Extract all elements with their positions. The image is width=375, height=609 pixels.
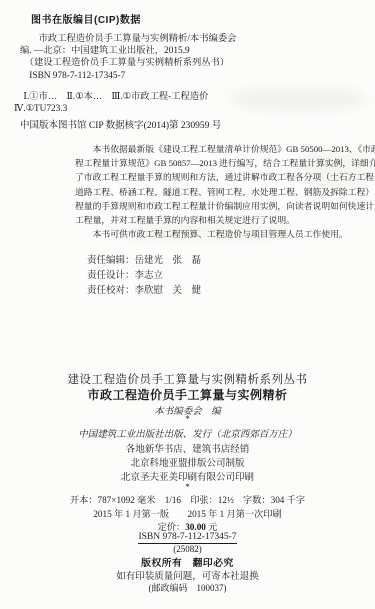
cip-classification-line: Ⅰ.①市… Ⅱ.①本… Ⅲ.①市政工程-工程造价 [14,92,208,104]
cip-header: 图书在版编目(CIP)数据 [31,11,141,26]
isbn-line: ISBN 978-7-112-17345-7 [0,532,375,544]
scan-artifact [228,88,368,110]
abstract-line: 本书可供市政工程工程预算、工程造价与项目管理人员工作使用。 [75,227,375,241]
staff-credits: 责任编辑：岳建光 张 磊 责任设计：李志立 责任校对：李欣慰 关 健 [87,254,201,299]
section-divider: * [0,414,375,424]
return-notice: 如有印装质量问题，可寄本社退换 [0,568,375,582]
responsible-editor-line: 责任编辑：岳建光 张 磊 [87,254,201,269]
publisher-line: 中国建筑工业出版社出版、发行（北京西郊百万庄） [0,426,375,440]
price-value: 30.00 [185,522,206,532]
cip-record-block: 市政工程造价员手工算量与实例精析/本书编委会 编. —北京：中国建筑工业出版社，… [20,33,236,82]
edition-line: 2015 年 1 月第一版 2015 年 1 月第一次印刷 [0,506,375,520]
cip-classification-block: Ⅰ.①市… Ⅱ.①本… Ⅲ.①市政工程-工程造价 Ⅳ.①TU723.3 [14,92,208,115]
abstract-line: 本书依据最新版《建设工程工程量清单计价规范》GB 50500—2013、《市政工 [75,142,375,156]
cip-record-line: ISBN 978-7-112-17345-7 [20,70,236,82]
abstract-line: 道路工程、桥涵工程、隧道工程、管网工程、水处理工程、钢筋及拆除工程）工 [75,185,375,199]
copyright-notice: 版权所有 翻印必究 [0,555,375,569]
abstract-line: 程量的手算规则和市政工程工程量计价编制应用实例，向读者说明如何快速计算 [75,199,375,213]
responsible-designer-line: 责任设计：李志立 [87,269,201,284]
printing-line: 北京圣夫亚美印刷有限公司印刷 [0,469,375,483]
book-title: 市政工程造价员手工算量与实例精析 [0,386,375,403]
series-title: 建设工程造价员手工算量与实例精析系列丛书 [0,371,375,387]
copyright-page: 图书在版编目(CIP)数据 市政工程造价员手工算量与实例精析/本书编委会 编. … [0,0,375,609]
responsible-proofreader-line: 责任校对：李欣慰 关 健 [87,284,201,299]
price-unit: 元 [206,522,217,532]
price-line: 定价：30.00 元 [0,519,375,533]
book-code: (25082) [0,544,375,554]
abstract-line: 工程量，并对工程量手算的内容和相关规定进行了说明。 [75,213,375,227]
book-abstract: 本书依据最新版《建设工程工程量清单计价规范》GB 50500—2013、《市政工… [75,142,375,241]
cip-record-line: 市政工程造价员手工算量与实例精析/本书编委会 [20,33,236,45]
cip-record-line: 编. —北京：中国建筑工业出版社，2015.9 [20,45,236,57]
price-label: 定价： [158,522,186,532]
isbn-number: ISBN 978-7-112-17345-7 [138,532,236,544]
postal-code: (邮政编码 100037) [0,581,375,594]
cip-classification-line: Ⅳ.①TU723.3 [14,104,208,116]
abstract-line: 了市政工程工程量手算的规则和方法，通过讲解市政工程各分项（土石方工程、 [75,170,375,184]
cip-registry-line: 中国版本图书馆 CIP 数据核字(2014)第 230959 号 [20,117,221,131]
distribution-line: 各地新华书店、建筑书店经销 [0,441,375,455]
cip-record-line: （建设工程造价员手工算量与实例精析系列丛书） [20,57,236,69]
typesetting-line: 北京科地亚盟排版公司制版 [0,455,375,469]
format-spec-line: 开本：787×1092 毫米 1/16 印张：12½ 字数：304 千字 [0,492,375,506]
abstract-line: 程工程量计算规范》GB 50857—2013 进行编写，结合工程量计算实例，详细… [75,156,375,170]
section-divider: * [0,482,375,492]
